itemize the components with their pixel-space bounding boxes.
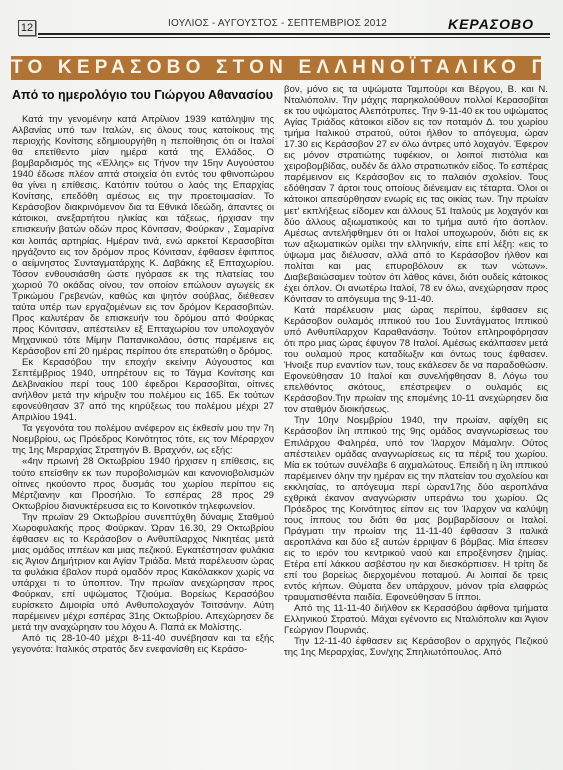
article-subtitle: Από το ημερολόγιο του Γιώργου Αθανασίου — [12, 88, 274, 102]
masthead: ΚΕΡΑΣΟΒΟ — [448, 16, 534, 32]
article-title: ΤΟ ΚΕΡΑΣΟΒΟ ΣΤΟΝ ΕΛΛΗΝΟΪΤΑΛΙΚΟ ΠΟΛΕΜΟ — [11, 56, 541, 80]
paragraph: Την 12-11-40 έφθασεν εις Κεράσοβον ο αρχ… — [284, 636, 548, 658]
issue-date: ΙΟΥΛΙΟΣ - ΑΥΓΟΥΣΤΟΣ - ΣΕΠΤΕΜΒΡΙΟΣ 2012 — [168, 18, 387, 29]
paragraph: Κατά παρέλευσιν μιας ώρας περίπου, έφθασ… — [284, 305, 548, 415]
right-column: βον, μόνο εις τα υψώματα Ταμπούρι και Βέ… — [284, 84, 548, 658]
header-rule — [38, 33, 550, 38]
left-column: Από το ημερολόγιο του Γιώργου Αθανασίου … — [12, 84, 274, 655]
paragraph: Κατά την γενομένην κατά Απρίλιον 1939 κα… — [12, 114, 274, 357]
paragraph: Από της 11-11-40 διήλθον εκ Κερασόβου άφ… — [284, 603, 548, 636]
page-header: 12 ΙΟΥΛΙΟΣ - ΑΥΓΟΥΣΤΟΣ - ΣΕΠΤΕΜΒΡΙΟΣ 201… — [8, 16, 548, 38]
paragraph: Τα γεγονότα του πολέμου ανέφερον εις έκθ… — [12, 423, 274, 456]
paragraph: Την 10ην Νοεμβρίου 1940, την πρωίαν, αφί… — [284, 415, 548, 603]
paragraph: βον, μόνο εις τα υψώματα Ταμπούρι και Βέ… — [284, 84, 548, 305]
paragraph: Την πρωϊαν 29 Οκτωβρίου συνεπτύχθη δύναμ… — [12, 512, 274, 634]
paragraph: Εκ Κερασόβου την εποχήν εκείνην Αύγουστο… — [12, 357, 274, 423]
page-number: 12 — [18, 20, 36, 36]
paragraph: Από τις 28-10-40 μέχρι 8-11-40 συνέβησαν… — [12, 633, 274, 655]
paragraph: «4ην πρωινή 28 Οκτωβρίου 1940 ήρχισεν η … — [12, 456, 274, 511]
